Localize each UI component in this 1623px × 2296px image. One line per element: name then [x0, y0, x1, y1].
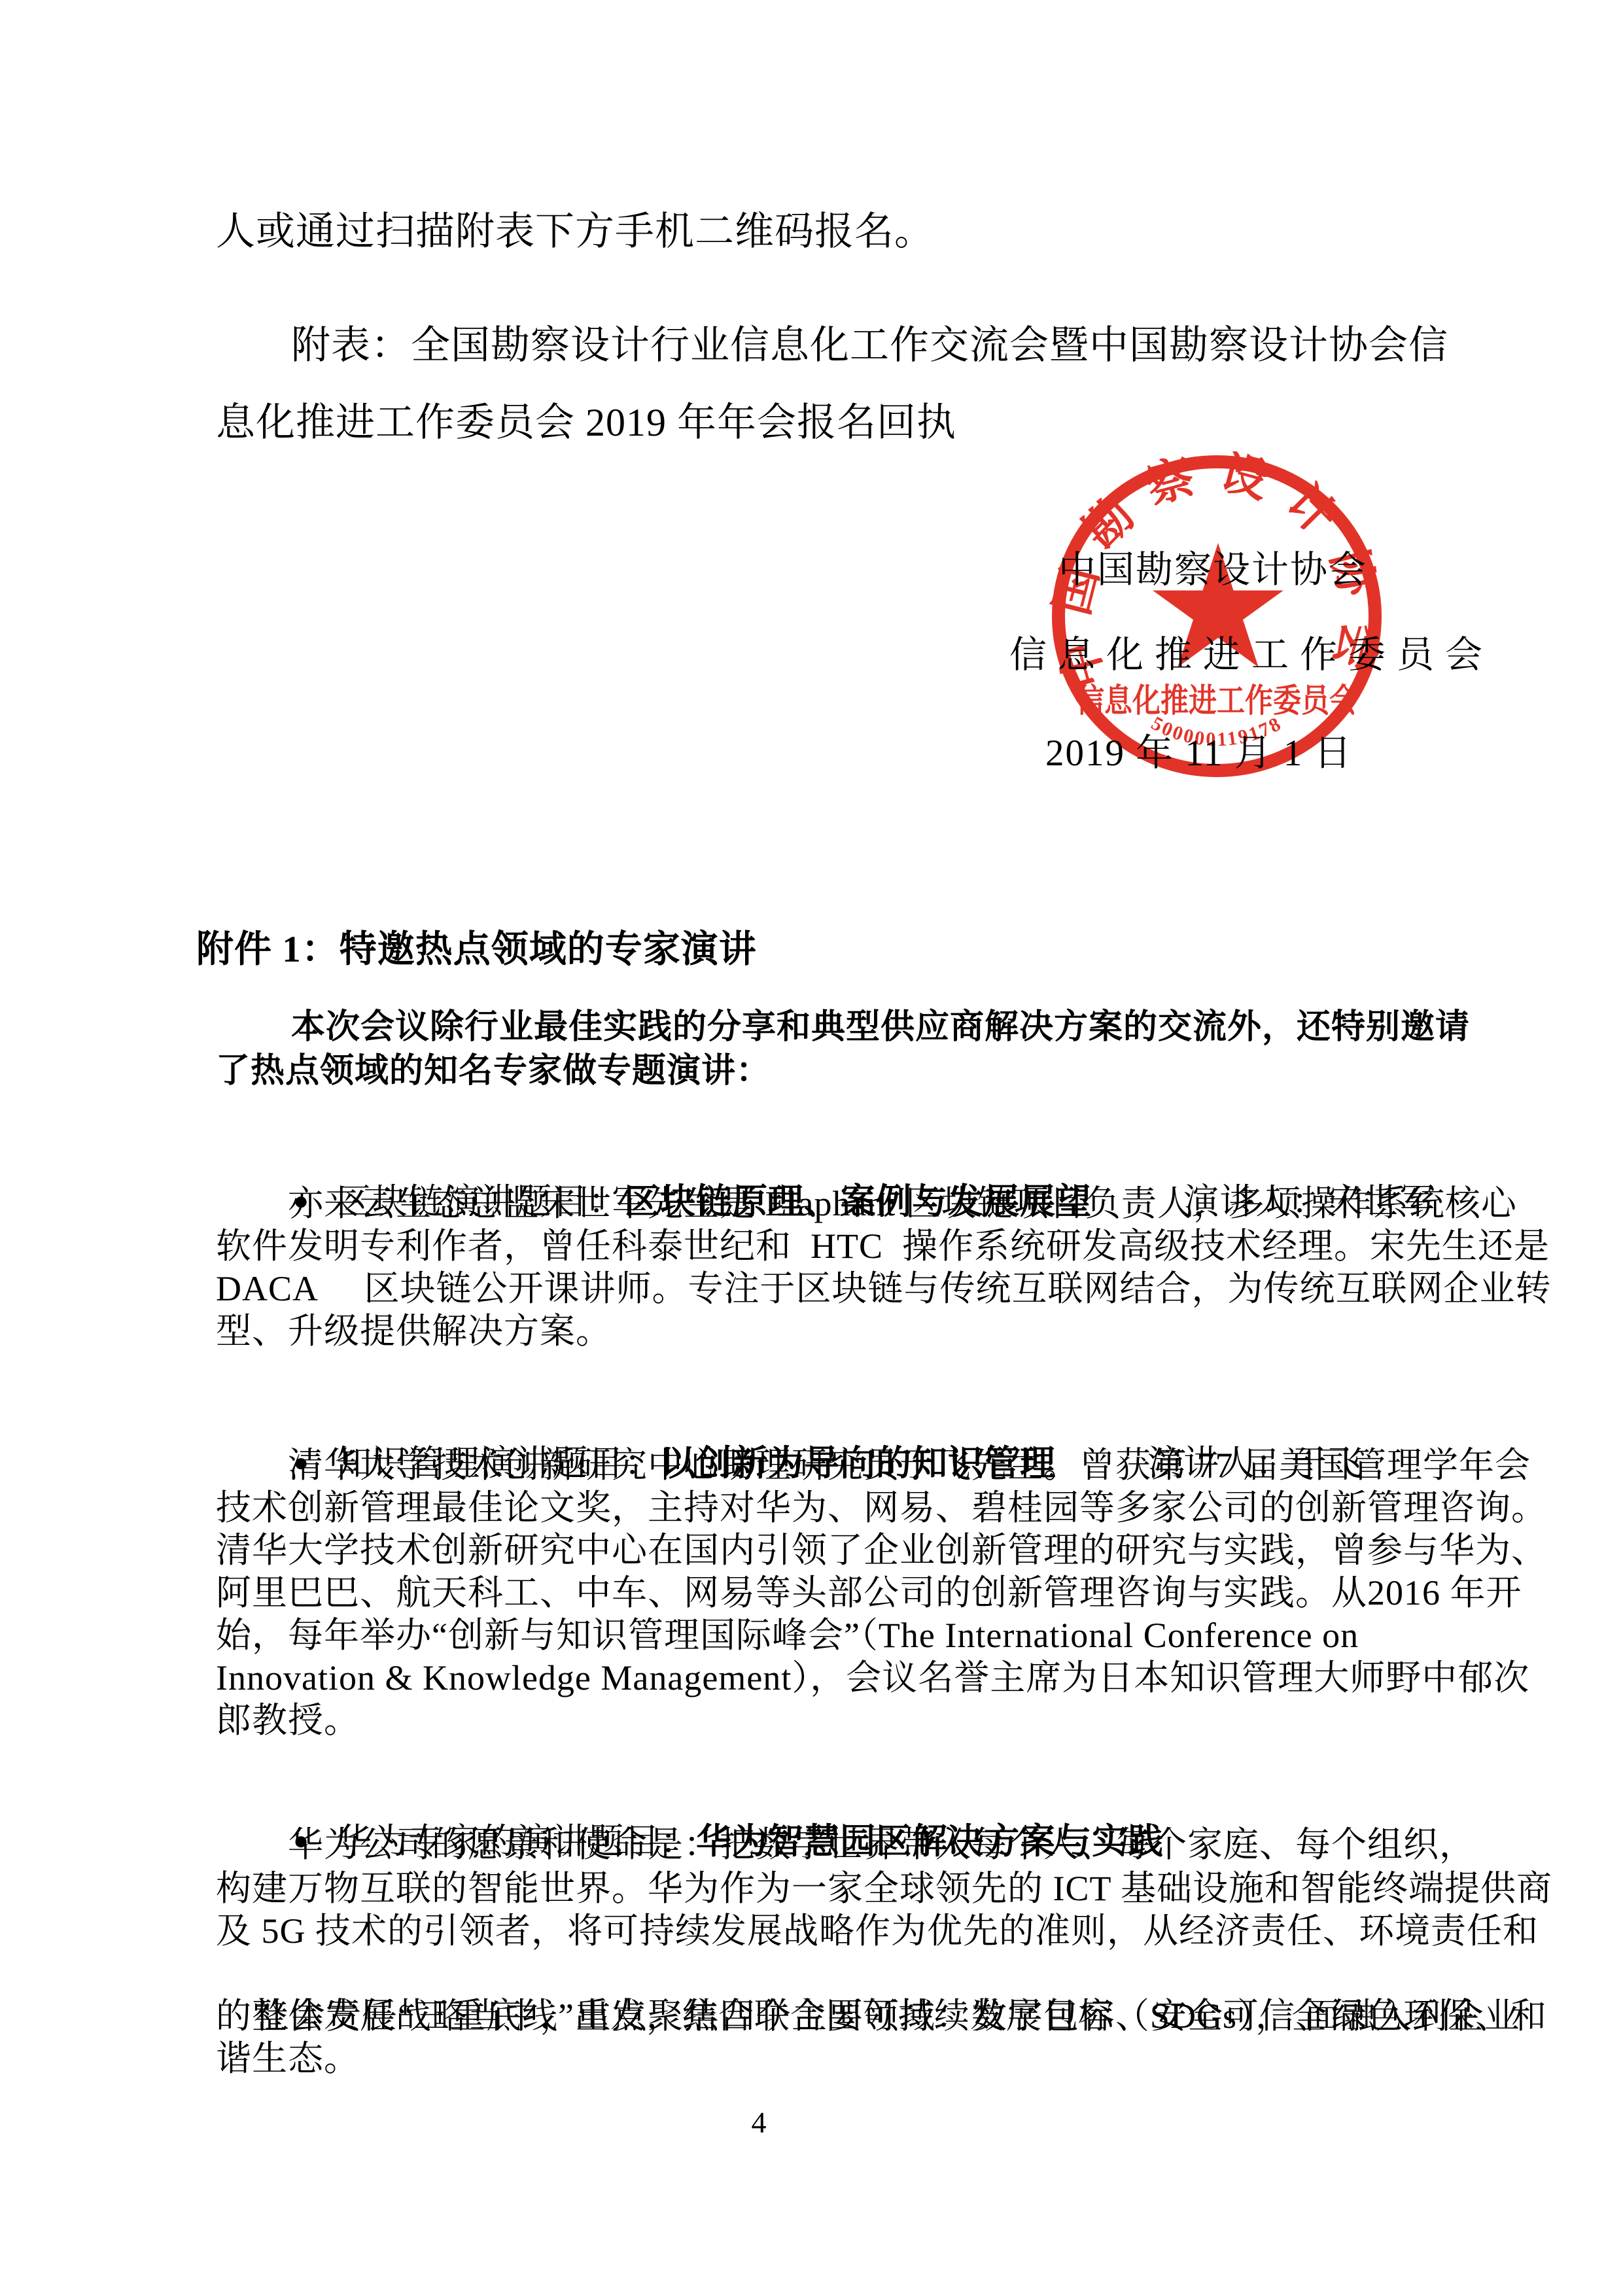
- annex-heading: 附件 1：特邀热点领域的专家演讲: [196, 928, 757, 972]
- talk-body-line: 郎教授。: [216, 1699, 360, 1742]
- talk-body-line: 阿里巴巴、航天科工、中车、网易等头部公司的创新管理咨询与实践。从2016 年开: [216, 1572, 1522, 1614]
- paragraph-line: 人或通过扫描附表下方手机二维码报名。: [216, 208, 934, 255]
- talk-body-line: DACA 区块链公开课讲师。专注于区块链与传统互联网结合，为传统互联网企业转: [216, 1268, 1552, 1310]
- talk-body-line: 华为公司的愿景和使命是：把数字世界带入每个人、每个家庭、每个组织，: [288, 1824, 1475, 1866]
- talk-body-line: 及 5G 技术的引领者，将可持续发展战略作为优先的准则，从经济责任、环境责任和: [216, 1910, 1539, 1953]
- seal-banner-text: 信息化推进工作委员会: [1076, 682, 1357, 719]
- attachment-note-line: 息化推进工作委员会 2019 年年会报名回执: [216, 399, 956, 446]
- talk-body-line: 的整体发展战略当中，重点聚焦四个主要领域：数字包容、安全可信、绿色环保、和: [216, 1995, 1547, 2038]
- annex-intro-line: 本次会议除行业最佳实践的分享和典型供应商解决方案的交流外，还特别邀请: [291, 1007, 1470, 1048]
- talk-body-line: 谐生态。: [216, 2038, 360, 2080]
- seal-star-icon: [1153, 543, 1283, 667]
- document-page: 人或通过扫描附表下方手机二维码报名。 附表：全国勘察设计行业信息化工作交流会暨中…: [0, 0, 1623, 2296]
- talk-body-line: 清华大学技术创新研究中心在国内引领了企业创新管理的研究与实践，曾参与华为、: [216, 1529, 1547, 1572]
- talk-body-line: 型、升级提供解决方案。: [216, 1310, 612, 1353]
- talk-body-line: 软件发明专利作者，曾任科泰世纪和 HTC 操作系统研发高级技术经理。宋先生还是: [216, 1225, 1550, 1268]
- talk-body-line: 始，每年举办“创新与知识管理国际峰会”（The International Co…: [216, 1614, 1359, 1657]
- talk-body-line: 技术创新管理最佳论文奖，主持对华为、网易、碧桂园等多家公司的创新管理咨询。: [216, 1487, 1547, 1529]
- talk-body-line: 构建万物互联的智能世界。华为作为一家全球领先的 ICT 基础设施和智能终端提供商: [216, 1868, 1552, 1910]
- official-seal-stamp-icon: 中国勘察设计协会 信息化推进工作委员会 500000119178: [1041, 451, 1395, 788]
- annex-intro-line: 了热点领域的知名专家做专题演讲：: [216, 1051, 771, 1092]
- page-number: 4: [720, 2105, 798, 2140]
- talk-body-line: 亦来云生态总监宋世军先生是 Elaphant 区块链项目负责人，多项操作系统核心: [288, 1183, 1517, 1225]
- attachment-note-line: 附表：全国勘察设计行业信息化工作交流会暨中国勘察设计协会信: [291, 322, 1448, 369]
- talk-body-line: Innovation & Knowledge Management），会议名誉主…: [216, 1657, 1529, 1699]
- talk-body-line: 清华大学技术创新研究中心助理研究员于飞先生。曾获第 77 届美国管理学年会: [288, 1444, 1531, 1487]
